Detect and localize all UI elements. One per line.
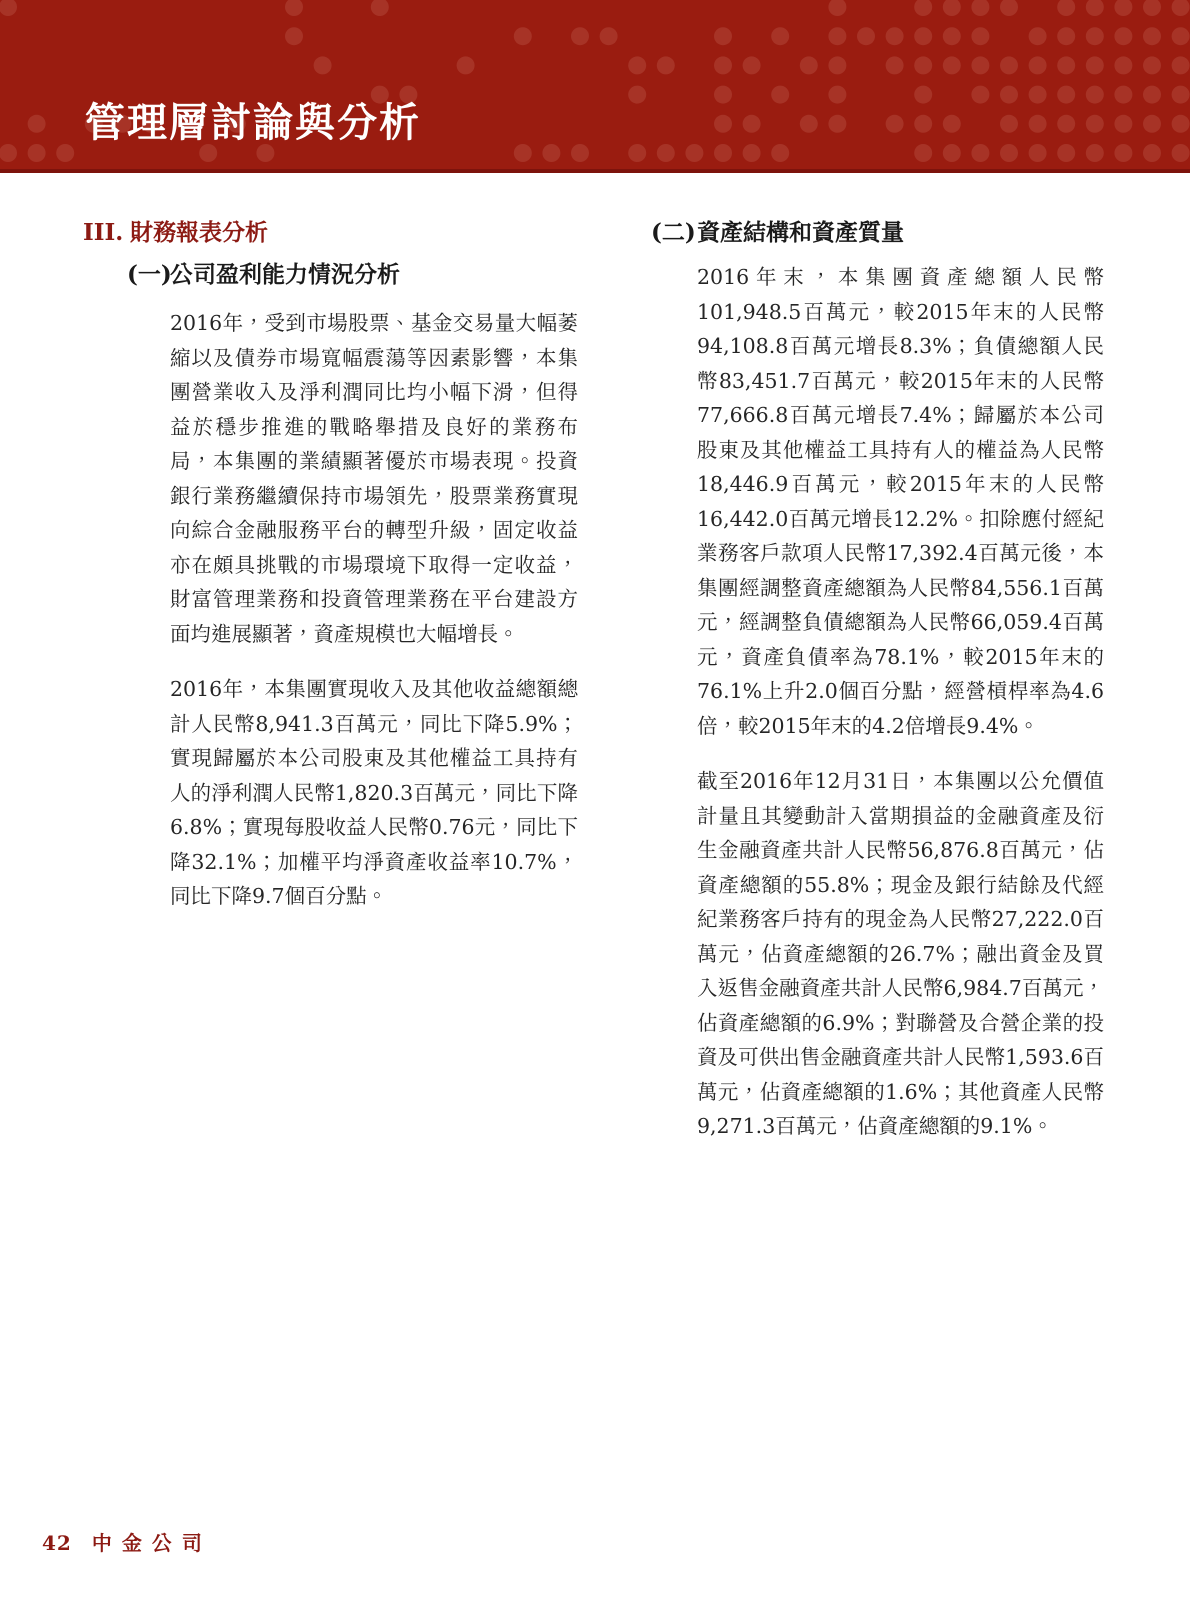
subsection-heading-profitability: (一) 公司盈利能力情況分析: [127, 260, 400, 290]
company-name: 中金公司: [92, 1527, 212, 1556]
subsection-heading-asset-structure: (二) 資產結構和資產質量: [651, 218, 904, 248]
section-title: 財務報表分析: [130, 218, 268, 248]
section-heading-financial-statement-analysis: III. 財務報表分析: [83, 218, 268, 248]
page-number: 42: [42, 1531, 72, 1555]
page-banner: 管理層討論與分析: [0, 0, 1190, 173]
paragraph-asset-composition: 截至2016年12月31日，本集團以公允價值計量且其變動計入當期損益的金融資產及…: [697, 764, 1104, 1144]
page-footer: 42 中金公司: [42, 1527, 212, 1556]
section-number: III.: [83, 218, 130, 248]
paragraph-profitability-figures: 2016年，本集團實現收入及其他收益總額總計人民幣8,941.3百萬元，同比下降…: [170, 672, 578, 914]
subsection-label: (二): [651, 218, 697, 248]
subsection-title: 資產結構和資產質量: [697, 218, 904, 248]
left-column-body: 2016年，受到市場股票、基金交易量大幅萎縮以及債券市場寬幅震蕩等因素影響，本集…: [170, 306, 578, 935]
paragraph-asset-totals: 2016年末，本集團資產總額人民幣101,948.5百萬元，較2015年末的人民…: [697, 260, 1104, 743]
subsection-label: (一): [127, 260, 170, 290]
right-column-body: 2016年末，本集團資產總額人民幣101,948.5百萬元，較2015年末的人民…: [697, 260, 1104, 1165]
paragraph-profitability-overview: 2016年，受到市場股票、基金交易量大幅萎縮以及債券市場寬幅震蕩等因素影響，本集…: [170, 306, 578, 651]
subsection-title: 公司盈利能力情況分析: [170, 260, 400, 290]
document-page: 管理層討論與分析 III. 財務報表分析 (一) 公司盈利能力情況分析 2016…: [0, 0, 1190, 1615]
page-title: 管理層討論與分析: [85, 101, 421, 145]
